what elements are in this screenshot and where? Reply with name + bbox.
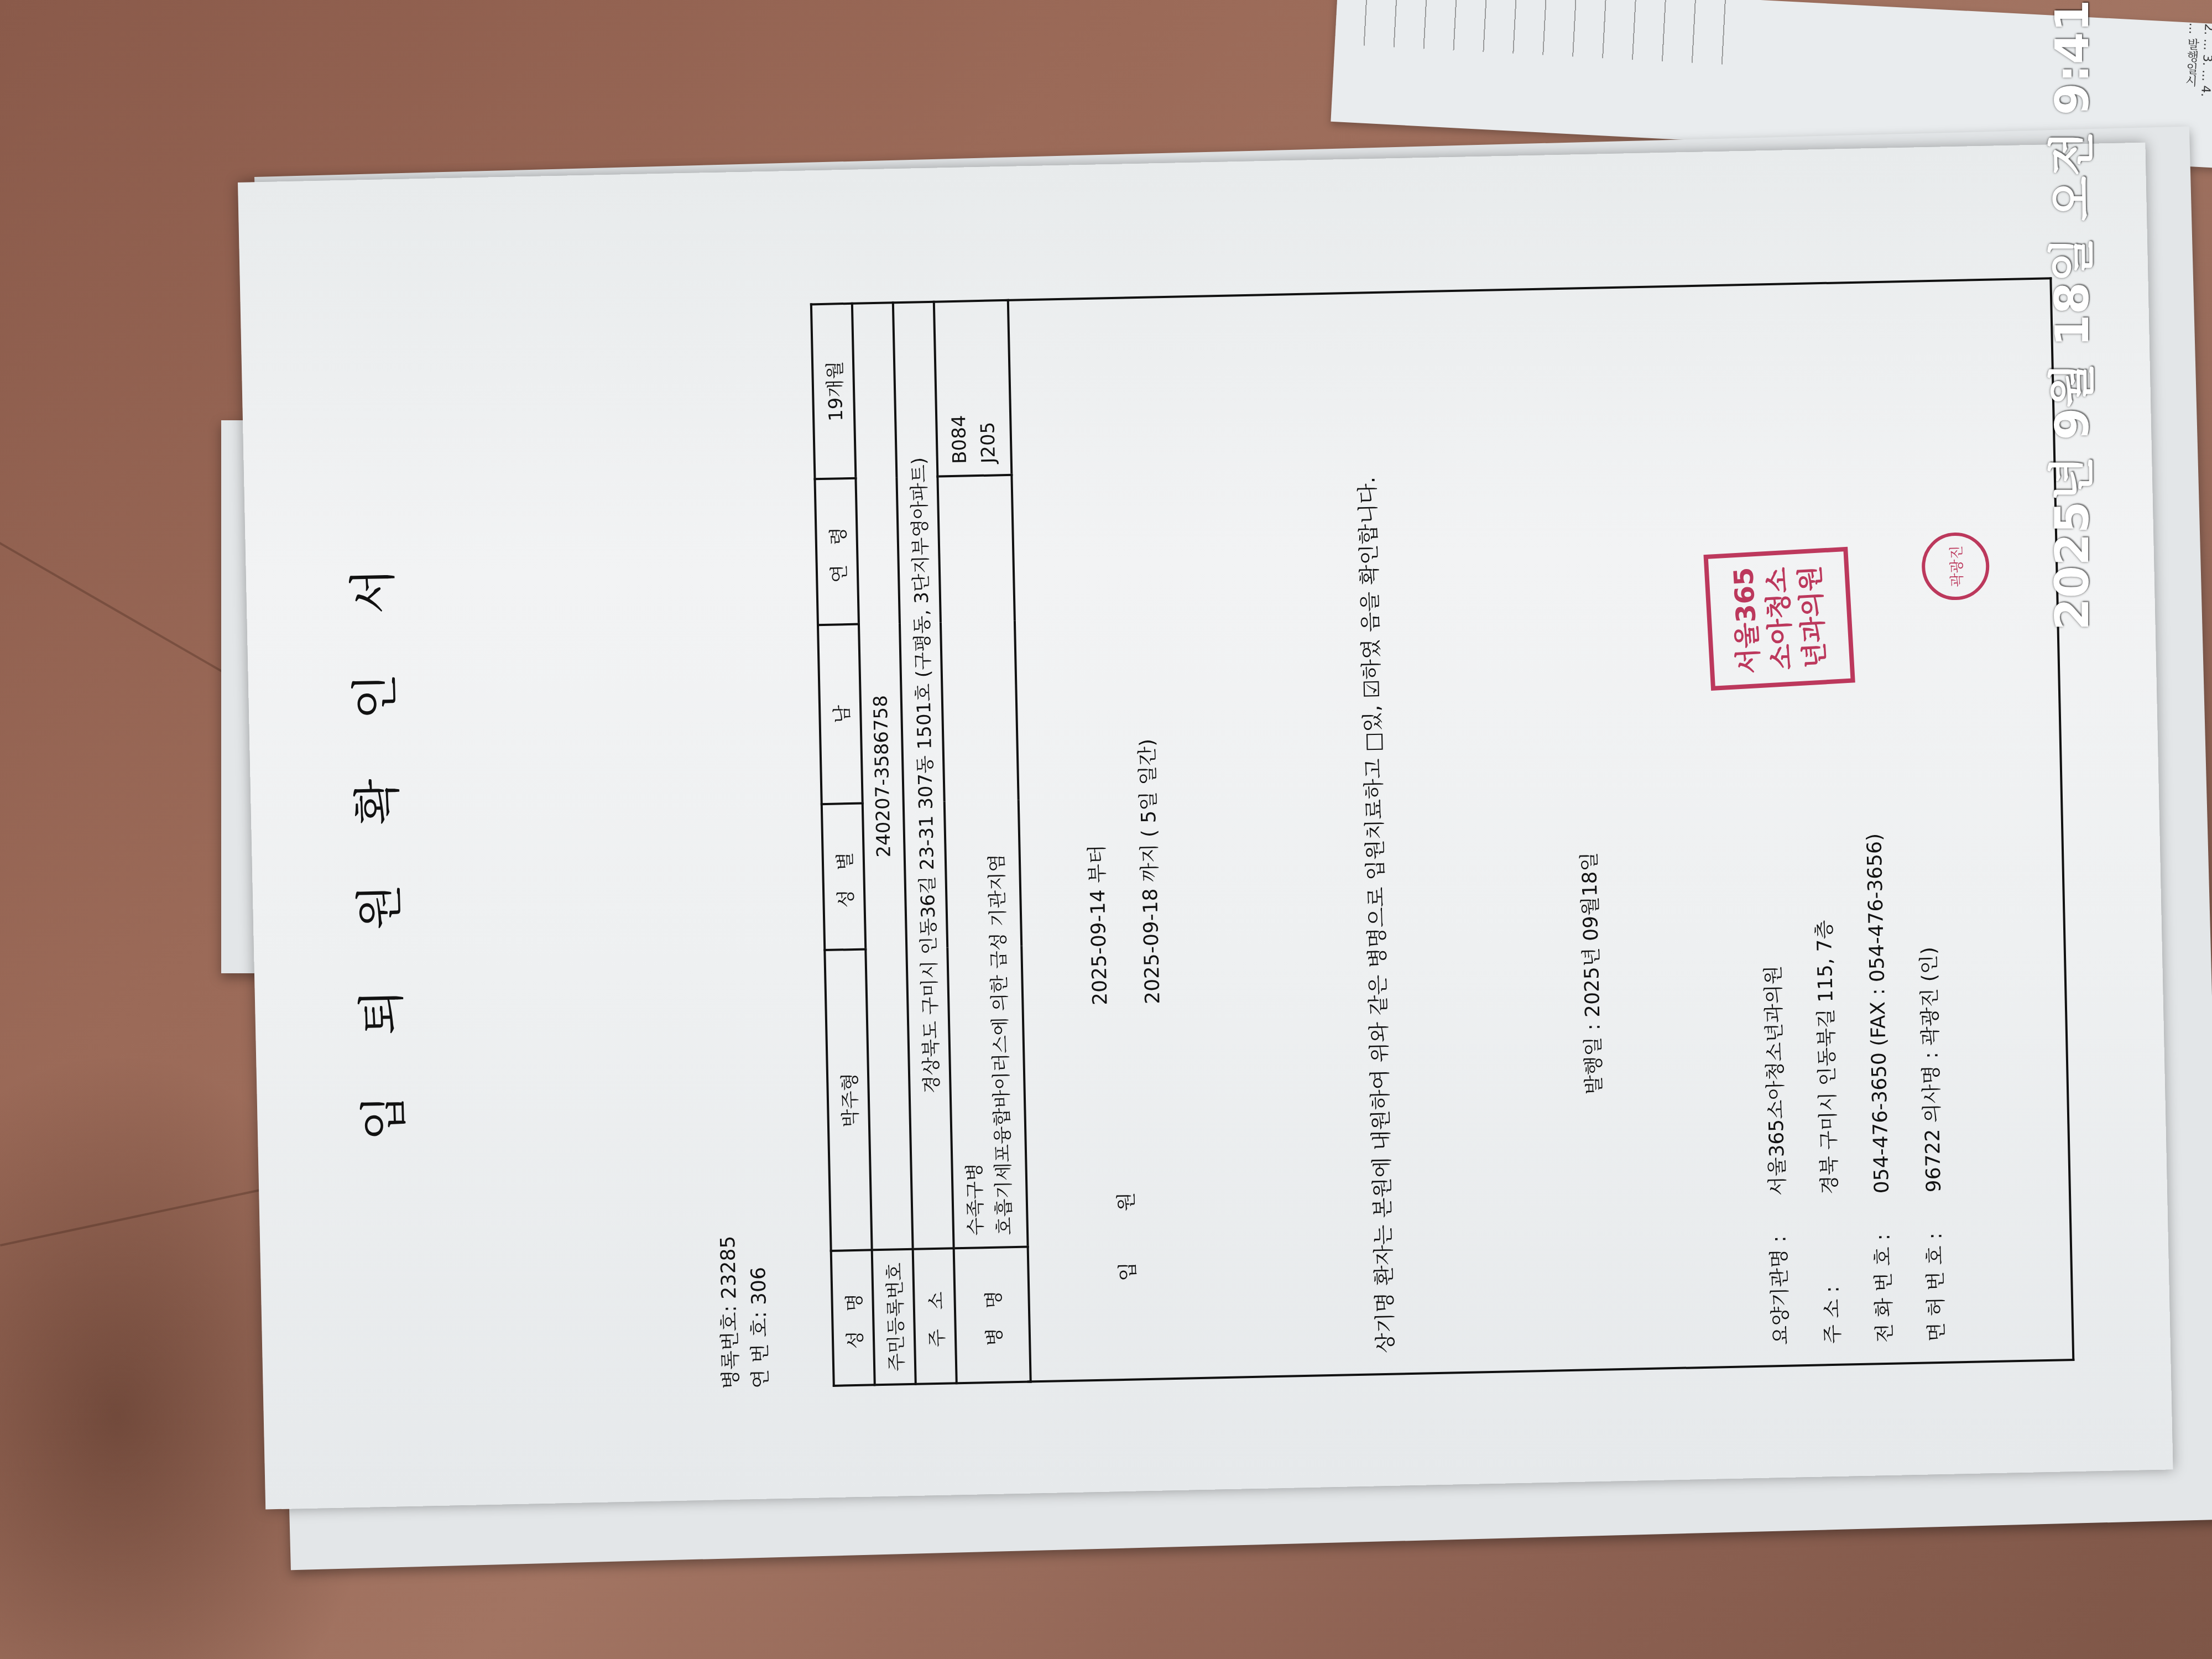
- diagnosis-code: B084: [942, 307, 974, 464]
- patient-sex: 남: [818, 624, 863, 804]
- serial-number-label: 연 번 호:: [748, 1311, 773, 1389]
- admission-from-date: 2025-09-14 부터: [1081, 844, 1113, 1005]
- institution-name: 서울365소아청소년과의원: [1762, 965, 1790, 1196]
- institution-address-label: 주 소 :: [1804, 1194, 1860, 1344]
- phone-label: 전 화 번 호 :: [1856, 1193, 1912, 1343]
- admission-label: 입 원: [1110, 1170, 1141, 1281]
- back-document-table: [1335, 0, 1736, 65]
- patient-age: 19개월: [811, 304, 856, 479]
- institution-info: 요양기관명 :서울365소아청소년과의원 주 소 :경북 구미시 인동북길 11…: [1745, 832, 1963, 1345]
- document-photo: 입 퇴 원 확 인 서 병록번호: 23285 연 번 호: 306 성 명 박…: [238, 142, 2212, 1509]
- camera-timestamp-overlay: 2025년 9월 18일 오전 9:41: [2035, 0, 2102, 630]
- back-document-notes-text: 1. ... 2. ... 3. ... 4. ... 발행일시: [2183, 22, 2212, 97]
- issue-date: 발행일 : 2025년 09월18일: [1574, 852, 1607, 1094]
- doctor-seal-text: 곽광진: [1948, 545, 1966, 587]
- license-label: 면 허 번 호 :: [1908, 1192, 1964, 1342]
- sex-label: 성 별: [822, 804, 866, 950]
- admission-certificate: 입 퇴 원 확 인 서 병록번호: 23285 연 번 호: 306 성 명 박…: [238, 143, 2173, 1510]
- address-label: 주 소: [913, 1248, 957, 1384]
- institution-seal-icon: 서울365소아청소년과의원: [1703, 547, 1855, 691]
- patient-info-table: 성 명 박주형 성 별 남 연 령 19개월 주민등록번호 240207-358…: [810, 299, 1032, 1387]
- rrn-label: 주민등록번호: [872, 1249, 916, 1385]
- phone-number: 054-476-3650 (FAX : 054-476-3656): [1863, 833, 1893, 1194]
- registration-number-label: 병록번호:: [718, 1305, 743, 1389]
- patient-name: 박주형: [825, 950, 872, 1251]
- name-label: 성 명: [831, 1250, 875, 1385]
- registration-number: 23285: [717, 1235, 740, 1299]
- institution-seal-text: 서울365소아청소년과의원: [1726, 552, 1833, 685]
- diagnosis-codes: B084 J205: [934, 300, 1012, 477]
- institution-address: 경북 구미시 인동북길 115, 7층: [1813, 920, 1841, 1194]
- serial-number: 306: [747, 1267, 770, 1306]
- diagnosis-code: J205: [971, 307, 1003, 463]
- registration-info: 병록번호: 23285 연 번 호: 306: [713, 1235, 776, 1389]
- age-label: 연 령: [815, 478, 859, 625]
- document-title: 입 퇴 원 확 인 서: [326, 179, 422, 1507]
- back-document-notes: 주(註) : 1. ... 2. ... 3. ... 4. ... 발행일시: [1731, 0, 2212, 108]
- institution-label: 요양기관명 :: [1752, 1195, 1808, 1345]
- diagnosis-label: 병 명: [954, 1247, 1031, 1384]
- admission-to-date: 2025-09-18 까지 ( 5일 일간): [1131, 738, 1165, 1004]
- license-and-doctor: 96722 의사명 : 곽광진 (인): [1918, 947, 1945, 1193]
